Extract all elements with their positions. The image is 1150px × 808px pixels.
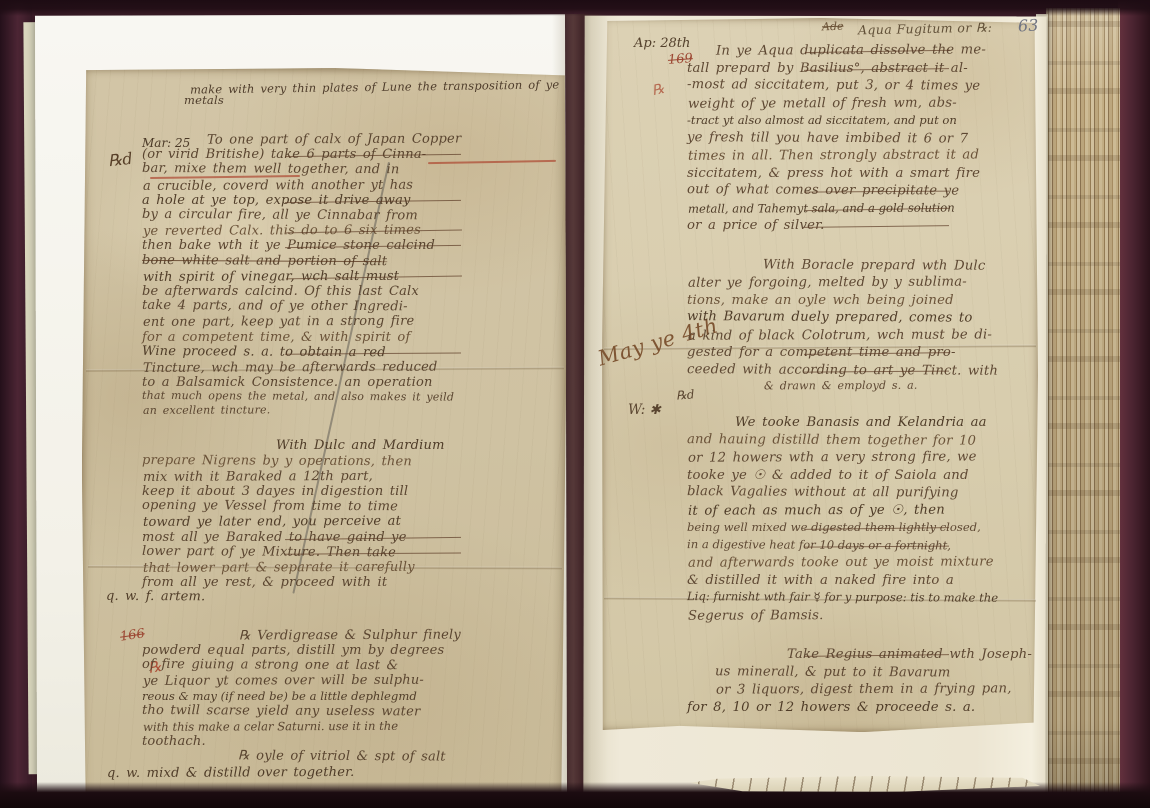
manuscript-line: ℞ oyle of vitriol & spt of salt [142, 748, 562, 765]
manuscript-line: & drawn & employd s. a. [688, 378, 1033, 393]
manuscript-line: most all ye Baraked to have gaind ye [142, 530, 562, 545]
left-header-line: metals [184, 93, 224, 107]
manuscript-line: toothach. [142, 734, 562, 749]
manuscript-line: toward ye later end, you perceive at [143, 514, 563, 531]
manuscript-line: for 8, 10 or 12 howers & proceede s. a. [687, 699, 1032, 717]
manuscript-line: & distilled it with a naked fire into a [687, 572, 1032, 590]
manuscript-line: being well mixed we digested them lightl… [687, 519, 1032, 537]
manuscript-line: alter ye forgoing, melted by y sublima- [688, 273, 1033, 292]
manuscript-line: keep it about 3 dayes in digestion till [142, 484, 562, 499]
margin-red-rx-symbol: ℞ [650, 81, 666, 99]
manuscript-line: a hole at ye top, expose it drive away [142, 193, 562, 208]
manuscript-line: with Bavarum duely prepared, comes to [687, 308, 1032, 327]
manuscript-line: for a competent time, & with spirit of [142, 330, 562, 345]
manuscript-line: q. w. mixd & distilld over together. [107, 764, 563, 781]
manuscript-line: metall, and Tahemyt sala, and a gold sol… [688, 199, 1033, 218]
manuscript-book-photo: make with very thin plates of Lune the t… [0, 0, 1150, 808]
manuscript-line: times in all. Then strongly abstract it … [688, 146, 1033, 165]
manuscript-line: powderd equal parts, distill ym by degre… [142, 643, 562, 658]
manuscript-line: black Vagalies without at all purifying [687, 483, 1032, 502]
manuscript-line: it of each as much as of ye ☉, then [688, 501, 1033, 520]
manuscript-line: and afterwards tooke out ye moist mixtur… [688, 553, 1033, 572]
manuscript-line: from all ye rest, & proceed with it [142, 575, 562, 590]
manuscript-line: ceeded with according to art ye Tinct. w… [687, 361, 1032, 380]
manuscript-line: a crucible, coverd with another yt has [143, 177, 563, 194]
manuscript-line: bone white salt and portion of salt [142, 253, 562, 270]
manuscript-line: ye Liquor yt comes over will be sulphu- [143, 672, 563, 689]
manuscript-line: Tincture, wch may be afterwards reduced [143, 359, 563, 376]
manuscript-line: reous & may (if need be) be a little dep… [142, 689, 562, 704]
margin-rx-symbol: ℞d [107, 149, 133, 170]
manuscript-line: ye fresh till you have imbibed it 6 or 7 [687, 129, 1032, 148]
manuscript-line: With Boracle prepard wth Dulc [687, 256, 1032, 275]
manuscript-line: or 12 howers wth a very strong fire, we [688, 448, 1033, 467]
book-cover-right [1118, 0, 1150, 808]
manuscript-line: (or virid Britishe) take 6 parts of Cinn… [142, 147, 562, 162]
manuscript-line: be afterwards calcind. Of this last Calx [142, 284, 562, 299]
manuscript-line: bar, mixe them well together, and in [142, 161, 562, 178]
manuscript-line: ent one part, keep yat in a strong fire [143, 314, 563, 331]
manuscript-line: with spirit of vinegar, wch salt must [143, 268, 563, 285]
manuscript-line: or 3 liquors, digest them in a frying pa… [688, 680, 1033, 699]
right-page-body: In ye Aqua duplicata dissolve the me-tal… [687, 42, 1032, 716]
manuscript-line: We tooke Banasis and Kelandria aa [687, 414, 1032, 432]
manuscript-line: -tract yt also almost ad siccitatem, and… [687, 112, 1032, 130]
manuscript-line: out of what comes over precipitate ye [687, 181, 1032, 200]
manuscript-line: tions, make an oyle wch being joined [687, 292, 1032, 310]
manuscript-line: -most ad siccitatem, put 3, or 4 times y… [687, 76, 1032, 95]
manuscript-line: with this make a celar Saturni. use it i… [143, 718, 563, 735]
manuscript-line: ℞ Verdigrease & Sulphur finely [143, 627, 563, 644]
manuscript-line: us minerall, & put to it Bavarum [687, 663, 1032, 682]
manuscript-line: prepare Nigrens by y operations, then [142, 453, 562, 470]
book-fore-edge-pages [1046, 8, 1120, 798]
manuscript-line: tooke ye ☉ & added to it of Saiola and [687, 467, 1032, 485]
photo-top-shadow [0, 0, 1150, 16]
manuscript-line: mix with it Baraked a 12th part, [143, 468, 563, 485]
manuscript-line: an excellent tincture. [143, 403, 563, 418]
manuscript-line: and hauing distilld them together for 10 [687, 431, 1032, 450]
right-header-title: Aqua Fugitum or ℞: [858, 20, 993, 38]
manuscript-line: To one part of calx of Japan Copper [143, 131, 563, 148]
manuscript-line: to a Balsamick Consistence. an operation [142, 375, 562, 390]
right-header-struck-word: Ade [822, 20, 844, 34]
manuscript-line: Take Regius animated wth Joseph- [687, 646, 1032, 664]
margin-date-note: Ap: 28th [634, 36, 690, 51]
manuscript-line: then bake wth it ye Pumice stone calcind [142, 238, 562, 253]
manuscript-line: Segerus of Bamsis. [688, 606, 1033, 625]
manuscript-line: gested for a competent time and pro- [687, 344, 1032, 362]
manuscript-line: Liq: furnisht wth fair ☿ for y purpose: … [687, 588, 1032, 607]
page-number: 63 [1018, 15, 1039, 35]
manuscript-line: that lower part & separate it carefully [143, 559, 563, 576]
margin-w-mark: W: ✱ [628, 402, 661, 418]
manuscript-line: In ye Aqua duplicata dissolve the me- [688, 41, 1033, 60]
manuscript-line: With Dulc and Mardium [142, 438, 562, 453]
manuscript-line: tall prepard by Basilius°, abstract it a… [687, 60, 1032, 78]
left-page-body: To one part of calx of Japan Copper(or v… [142, 132, 562, 780]
manuscript-line: q. w. f. artem. [106, 589, 562, 607]
manuscript-line: a kind of black Colotrum, wch must be di… [688, 326, 1033, 345]
manuscript-line: weight of ye metall of fresh wm, abs- [688, 94, 1033, 113]
manuscript-line: in a digestive heat for 10 days or a for… [687, 536, 1032, 555]
manuscript-line: siccitatem, & press hot with a smart fir… [687, 165, 1032, 183]
manuscript-line: or a price of silver. [687, 217, 1032, 235]
manuscript-line: ye reverted Calx. this do to 6 six times [143, 222, 563, 239]
